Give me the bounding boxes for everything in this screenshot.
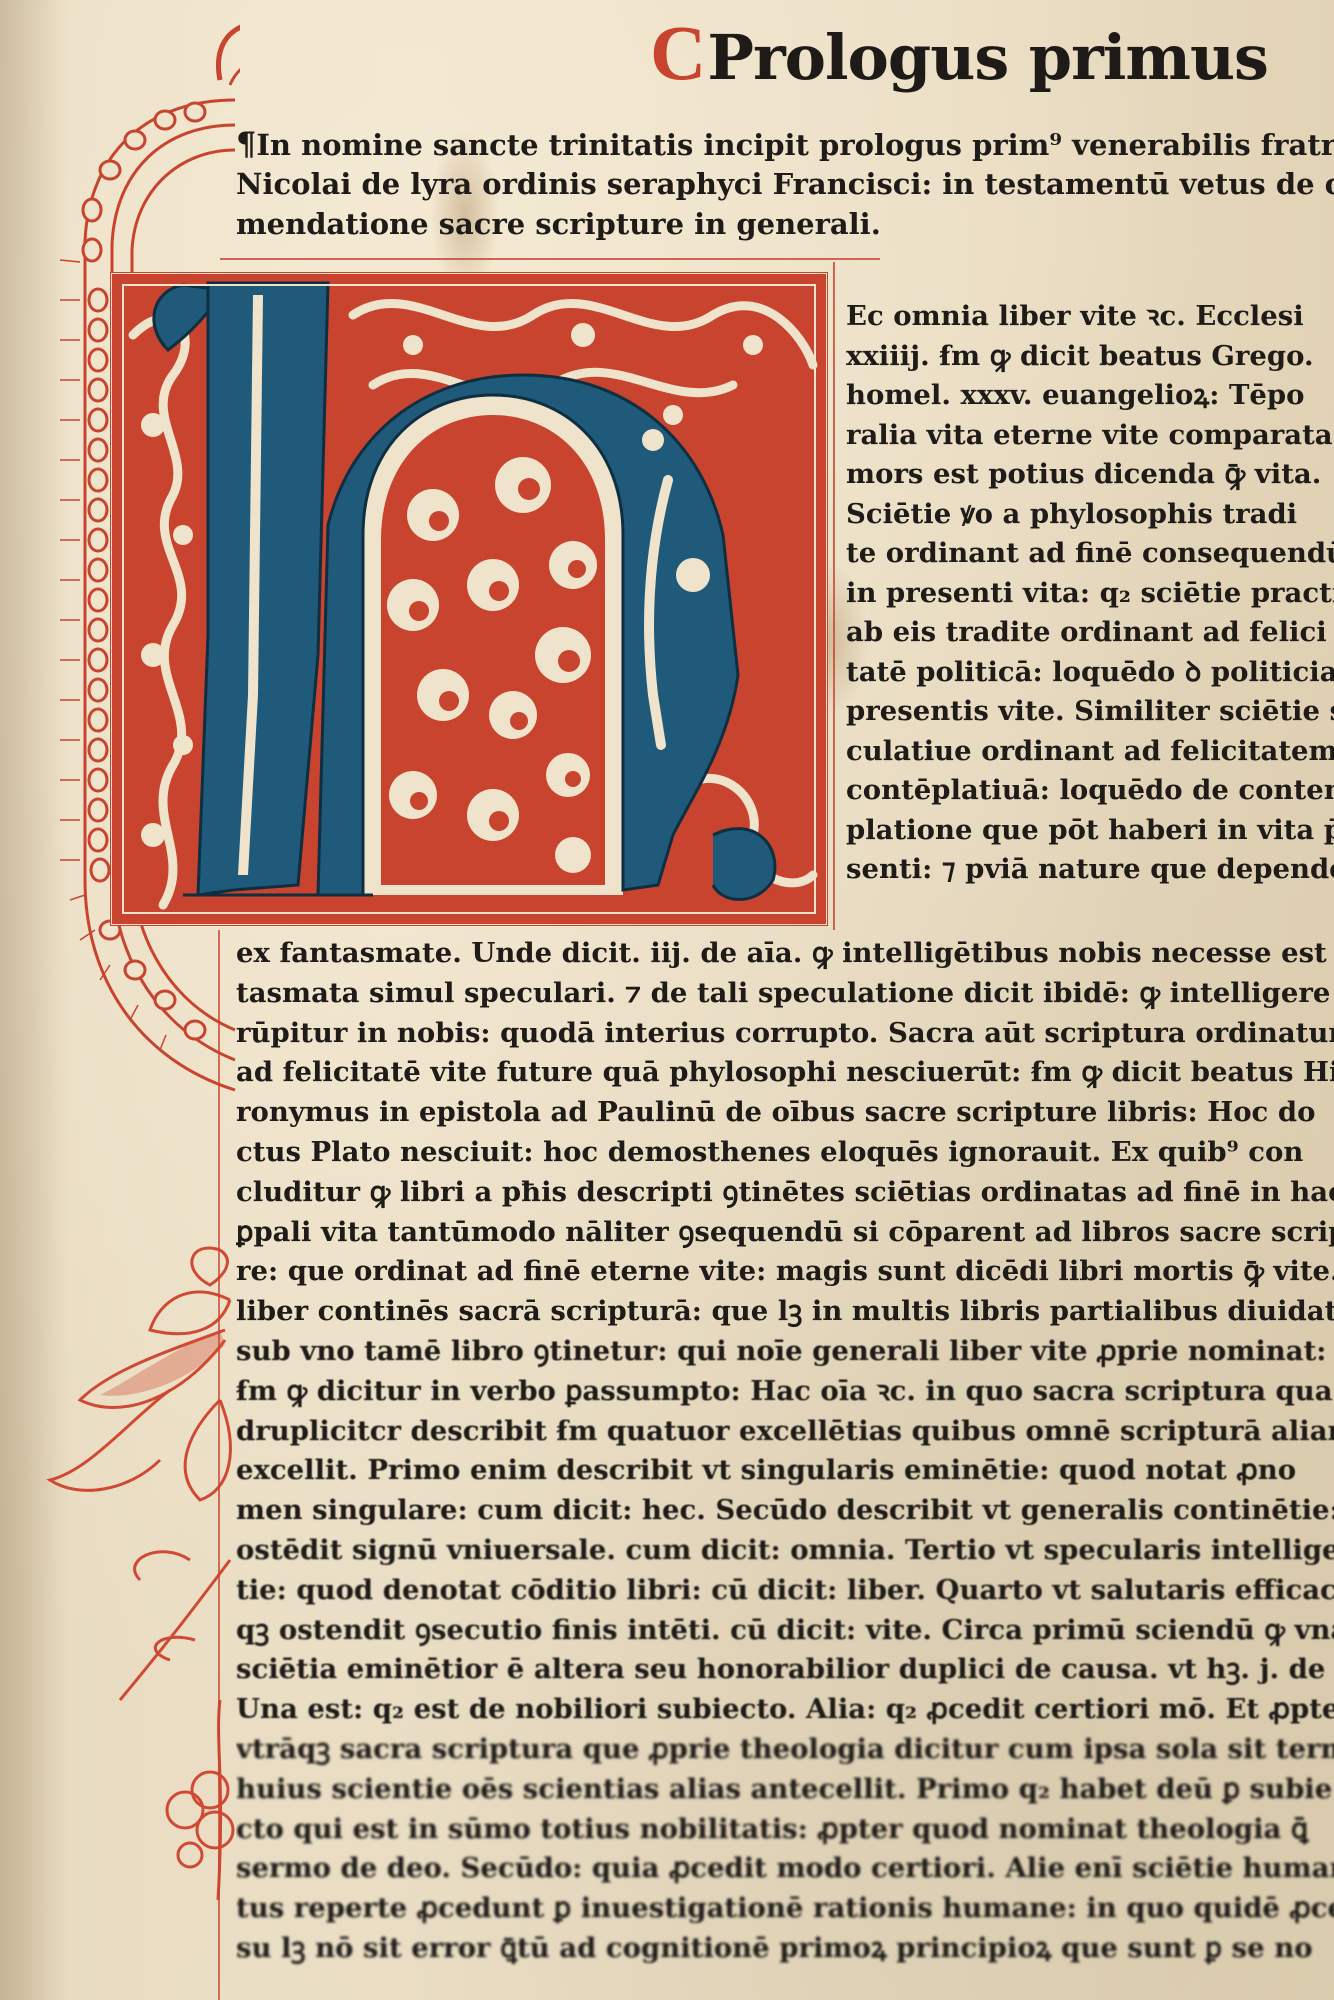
incipit-line: ¶In nomine sancte trinitatis incipit pro… — [236, 125, 1334, 165]
running-head-title: Prologus primus — [707, 21, 1268, 94]
text-line: platione que pōt haberi in vita p̄ — [846, 811, 1334, 851]
ruling-line — [833, 262, 835, 930]
text-line: culatiue ordinant ad felicitatem — [846, 732, 1334, 772]
text-line: ad felicitatē vite future quā phylosophi… — [236, 1053, 1334, 1093]
text-line: Sciētie ꝟo a phylosophis tradi — [846, 495, 1334, 535]
text-line: ronymus in epistola ad Paulinū de oībus … — [236, 1093, 1334, 1133]
illuminated-initial — [110, 272, 828, 926]
incipit-line: mendatione sacre scripture in generali. — [236, 205, 1334, 245]
text-line: ꝑpali vita tantūmodo nāliter ꝯsequendū s… — [236, 1213, 1334, 1253]
text-line: rūpitur in nobis: quodā interius corrupt… — [236, 1014, 1334, 1054]
text-line: ctus Plato nesciuit: hoc demosthenes elo… — [236, 1133, 1334, 1173]
text-line: senti: ⁊ pviā nature que dependet — [846, 850, 1334, 890]
text-line: presentis vite. Similiter sciētie spe — [846, 692, 1334, 732]
text-line: re: que ordinat ad finē eterne vite: mag… — [236, 1252, 1334, 1292]
text-line: su lꝫ nō sit error ꝗ̄tū ad cognitionē pr… — [236, 1929, 1334, 1969]
pilcrow-icon: ¶ — [236, 125, 256, 163]
text-line: ab eis tradite ordinant ad felici — [846, 613, 1334, 653]
text-line: sermo de deo. Secūdo: quia ꝓcedit modo c… — [236, 1849, 1334, 1889]
text-line: druplicitcr describit ẜm quatuor excellē… — [236, 1412, 1334, 1452]
initial-h-icon — [113, 275, 825, 923]
text-line: contēplatiuā: loquēdo de contem — [846, 771, 1334, 811]
text-line: huius scientie oēs scientias alias antec… — [236, 1770, 1334, 1810]
incipit: ¶In nomine sancte trinitatis incipit pro… — [236, 125, 1334, 244]
text-line: tatē politicā: loquēdo ꝺ politicia — [846, 653, 1334, 693]
text-line: sciētia eminētior ē altera seu honorabil… — [236, 1650, 1334, 1690]
text-line: tus reperte ꝓcedunt ꝑ inuestigationē rat… — [236, 1889, 1334, 1929]
text-line: ex fantasmate. Unde dicit. iij. de aīa. … — [236, 934, 1334, 974]
text-line: vtrāqꝫ sacra scriptura que ꝓprie theolog… — [236, 1730, 1334, 1770]
text-line: xxiiij. ẜm ꝙ dicit beatus Grego. — [846, 337, 1334, 377]
running-head: CPrologus primus — [650, 8, 1268, 98]
text-line: ẜm ꝙ dicitur in verbo ꝑassumpto: Hac oīa… — [236, 1372, 1334, 1412]
text-line: te ordinant ad finē consequendū — [846, 534, 1334, 574]
column-text-beside-initial: Ec omnia liber vite ꝛc. Ecclesi xxiiij. … — [846, 297, 1334, 890]
text-line: in presenti vita: q₂ sciētie practice — [846, 574, 1334, 614]
text-line: liber continēs sacrā scripturā: que lꝫ i… — [236, 1292, 1334, 1332]
rubric-mark: C — [650, 9, 705, 96]
text-line: Una est: q₂ est de nobiliori subiecto. A… — [236, 1690, 1334, 1730]
text-line: cto qui est in sūmo totius nobilitatis: … — [236, 1810, 1334, 1850]
ruling-line — [218, 930, 220, 2000]
text-line: homel. xxxv. euangelioꝝ: Tēpo — [846, 376, 1334, 416]
text-line: tie: quod denotat cōditio libri: cū dici… — [236, 1571, 1334, 1611]
text-line: cluditur ꝙ libri a pħis descripti ꝯtinēt… — [236, 1173, 1334, 1213]
text-line: excellit. Primo enim describit vt singul… — [236, 1451, 1334, 1491]
text-line: ralia vita eterne vite comparata — [846, 416, 1334, 456]
text-line: Ec omnia liber vite ꝛc. Ecclesi — [846, 297, 1334, 337]
incipit-line: Nicolai de lyra ordinis seraphyci Franci… — [236, 165, 1334, 205]
text-line: tasmata simul speculari. ⁊ de tali specu… — [236, 974, 1334, 1014]
text-line: ostēdit signū vniuersale. cum dicit: omn… — [236, 1531, 1334, 1571]
text-line: sub vno tamē libro ꝯtinetur: qui noīe ge… — [236, 1332, 1334, 1372]
text-line: qꝫ ostendit ꝯsecutio finis intēti. cū di… — [236, 1611, 1334, 1651]
body-text: ex fantasmate. Unde dicit. iij. de aīa. … — [236, 934, 1334, 1969]
text-line: mors est potius dicenda ꝙ̄ vita. — [846, 455, 1334, 495]
ruling-line — [220, 258, 880, 260]
text-line: men singulare: cum dicit: hec. Secūdo de… — [236, 1491, 1334, 1531]
